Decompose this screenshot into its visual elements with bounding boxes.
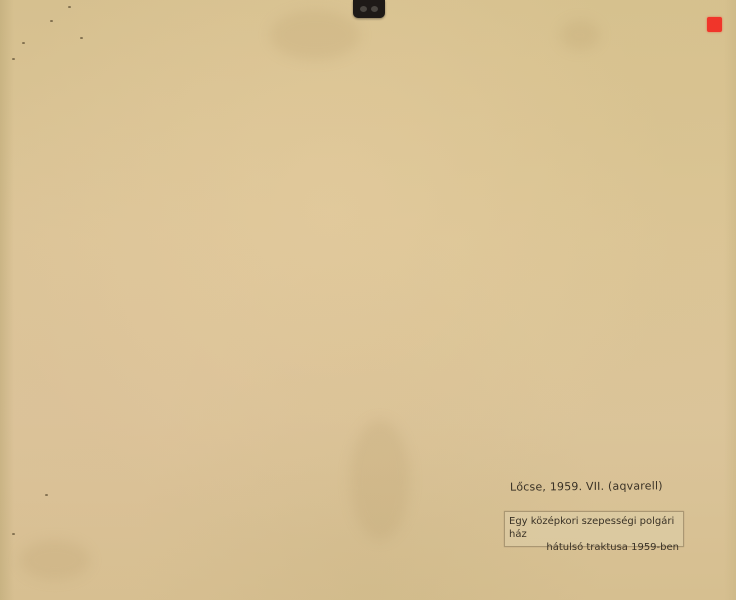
hanger-hook [353,0,385,18]
stain [560,20,600,50]
board-left-edge [0,0,14,600]
stain [350,420,410,540]
speck [68,6,71,8]
speck [12,533,15,535]
red-sticker [707,17,722,32]
speck [50,20,53,22]
speck [12,58,15,60]
label-line-2: hátulsó traktusa 1959-ben [509,541,679,554]
stain [270,10,360,60]
stain [20,540,90,580]
label-line-1: Egy középkori szepességi polgári ház [509,515,679,541]
speck [80,37,83,39]
paper-label: Egy középkori szepességi polgári ház hát… [504,511,684,547]
speck [45,494,48,496]
speck [22,42,25,44]
handwritten-caption: Lőcse, 1959. VII. (aqvarell) [510,479,663,493]
board-right-edge [724,0,736,600]
